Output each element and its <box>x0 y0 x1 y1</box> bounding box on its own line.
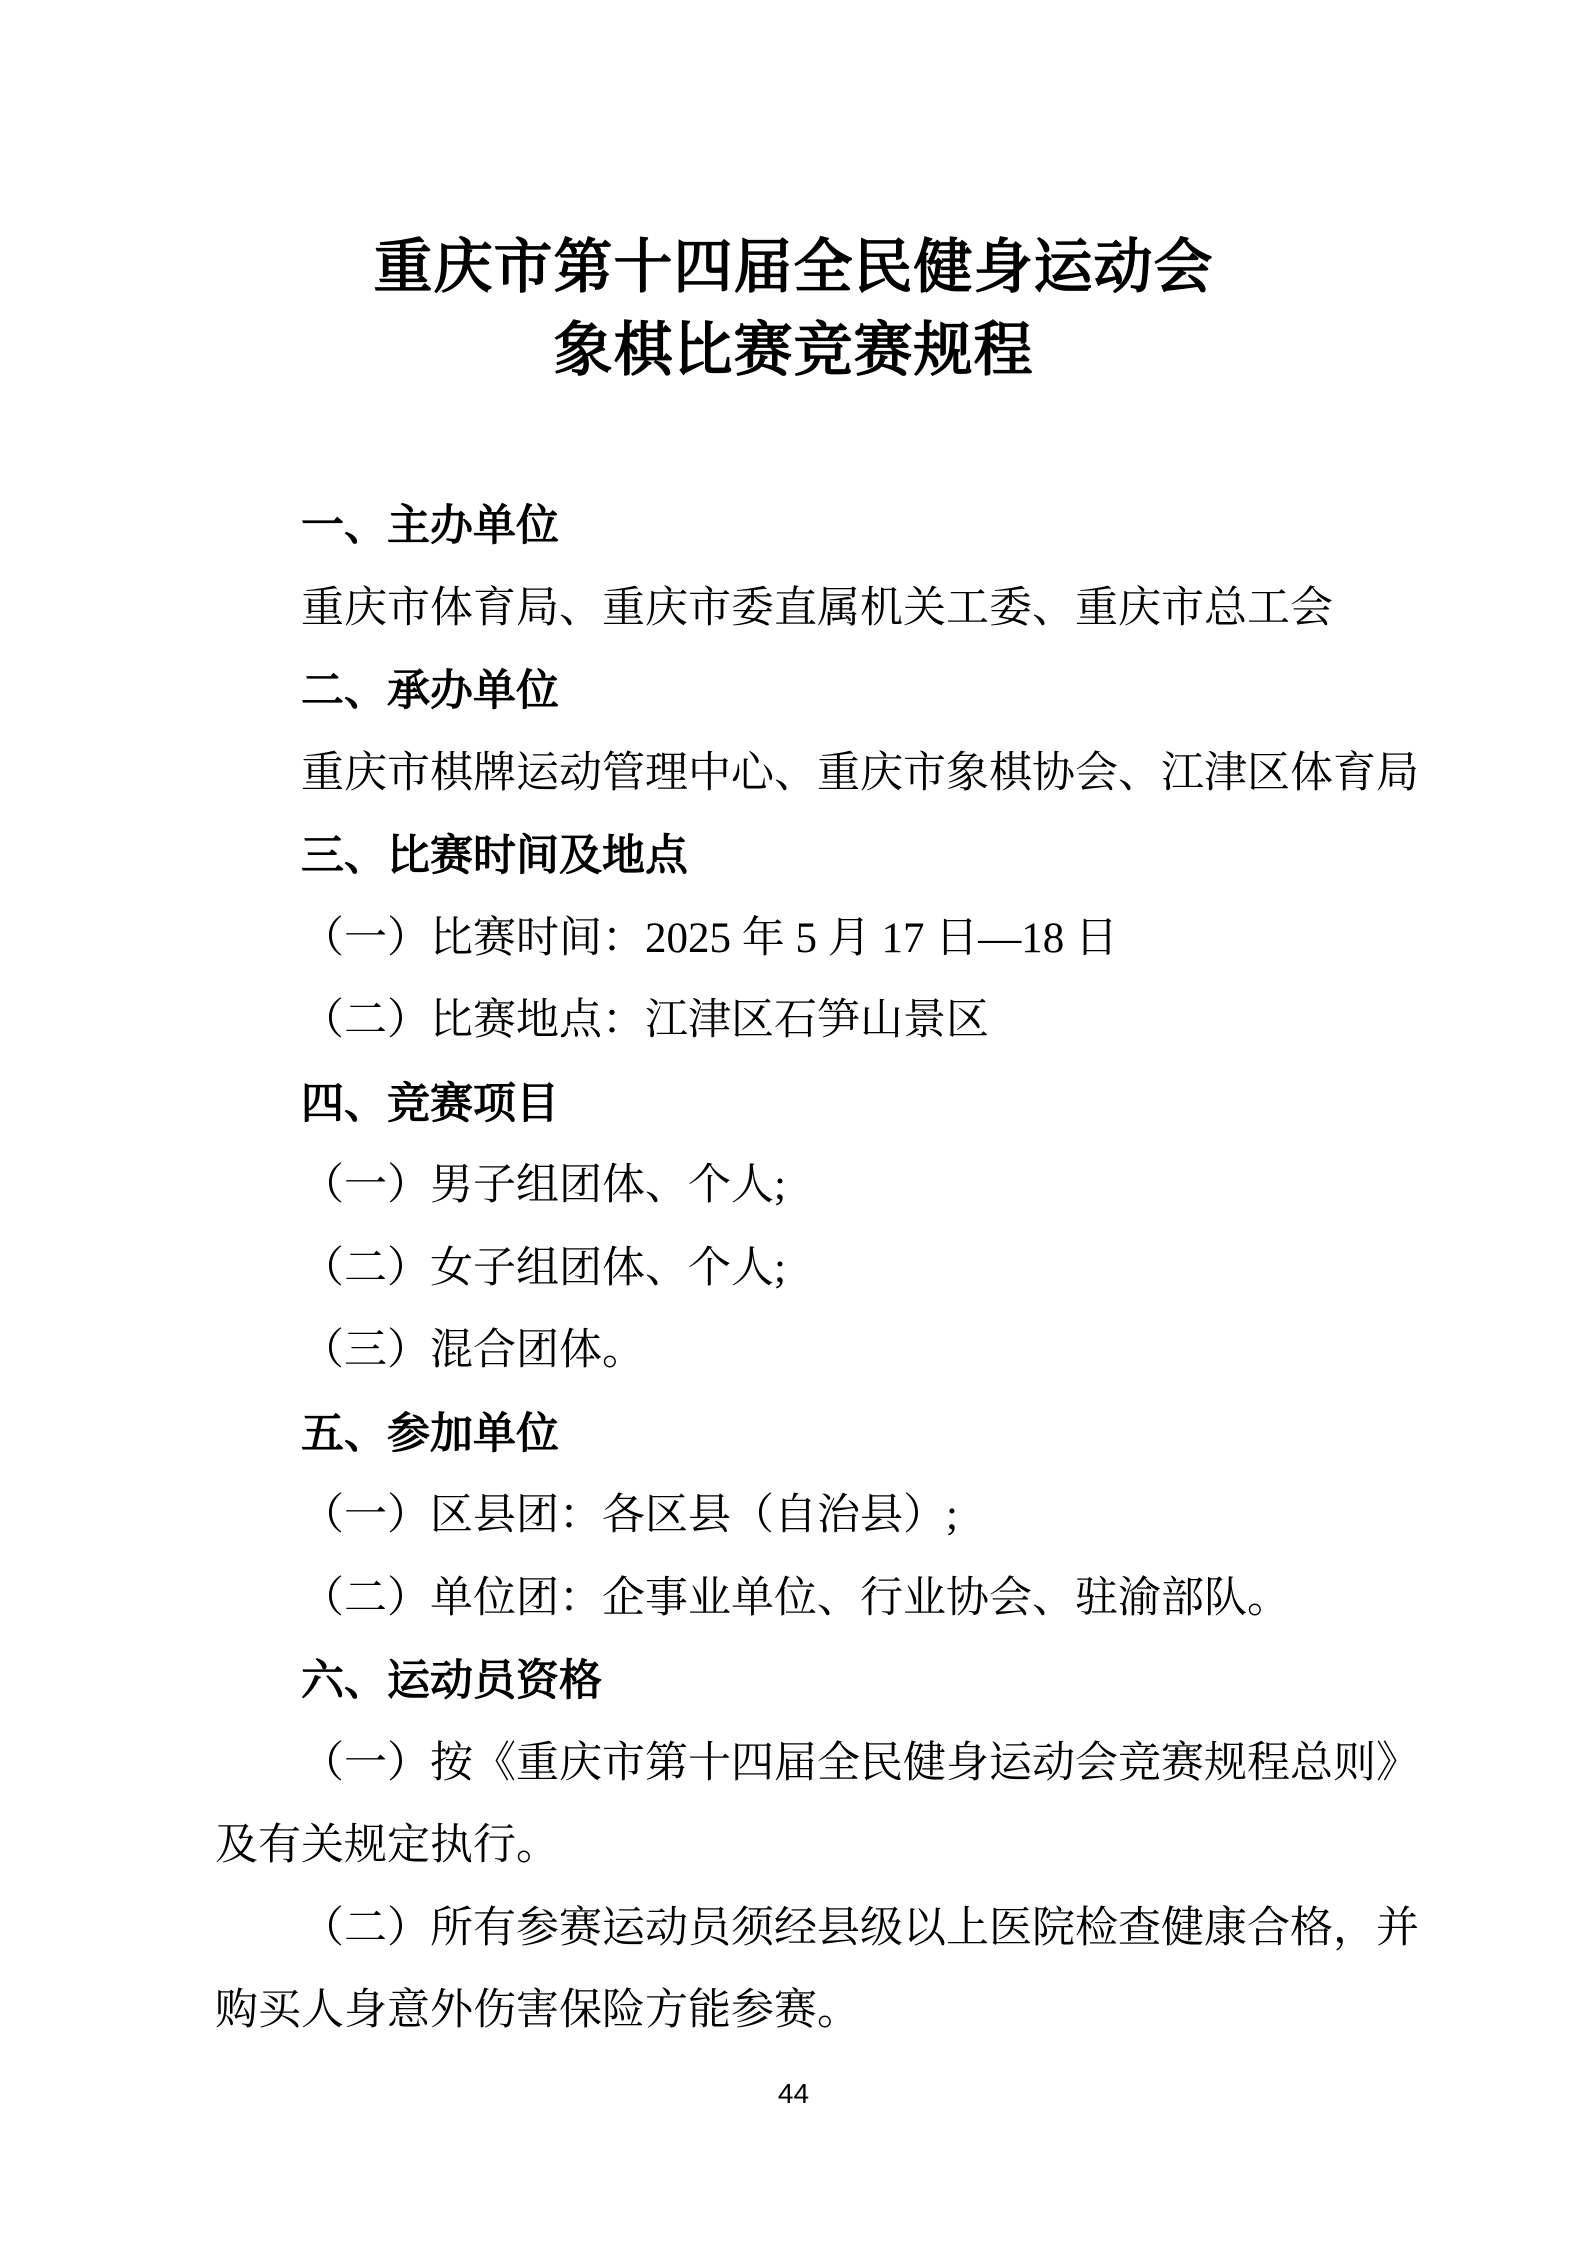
body-line: 重庆市棋牌运动管理中心、重庆市象棋协会、江津区体育局 <box>215 733 1390 816</box>
body-line: （一）比赛时间：2025 年 5 月 17 日—18 日 <box>215 898 1390 981</box>
body-line: （一）按《重庆市第十四届全民健身运动会竞赛规程总则》 <box>215 1723 1390 1806</box>
section-heading: 二、承办单位 <box>215 650 1390 733</box>
document-page: 重庆市第十四届全民健身运动会 象棋比赛竞赛规程 一、主办单位重庆市体育局、重庆市… <box>0 0 1587 2245</box>
body-line: （一）男子组团体、个人; <box>215 1145 1390 1228</box>
body-line: 重庆市体育局、重庆市委直属机关工委、重庆市总工会 <box>215 568 1390 651</box>
body-line: 及有关规定执行。 <box>215 1805 1390 1888</box>
body-line: 购买人身意外伤害保险方能参赛。 <box>215 1970 1390 2053</box>
section-heading: 六、运动员资格 <box>215 1640 1390 1723</box>
document-title-line-2: 象棋比赛竞赛规程 <box>0 309 1587 392</box>
document-body: 一、主办单位重庆市体育局、重庆市委直属机关工委、重庆市总工会二、承办单位重庆市棋… <box>215 485 1390 2053</box>
section-heading: 五、参加单位 <box>215 1393 1390 1476</box>
body-line: （二）女子组团体、个人; <box>215 1228 1390 1311</box>
page-number: 44 <box>0 2078 1587 2110</box>
body-line: （一）区县团：各区县（自治县）; <box>215 1475 1390 1558</box>
body-line: （二）单位团：企事业单位、行业协会、驻渝部队。 <box>215 1558 1390 1641</box>
body-line: （三）混合团体。 <box>215 1310 1390 1393</box>
document-title-line-1: 重庆市第十四届全民健身运动会 <box>0 226 1587 309</box>
document-title: 重庆市第十四届全民健身运动会 象棋比赛竞赛规程 <box>0 0 1587 391</box>
section-heading: 三、比赛时间及地点 <box>215 815 1390 898</box>
section-heading: 一、主办单位 <box>215 485 1390 568</box>
body-line: （二）所有参赛运动员须经县级以上医院检查健康合格，并 <box>215 1888 1390 1971</box>
body-line: （二）比赛地点：江津区石笋山景区 <box>215 980 1390 1063</box>
section-heading: 四、竞赛项目 <box>215 1063 1390 1146</box>
